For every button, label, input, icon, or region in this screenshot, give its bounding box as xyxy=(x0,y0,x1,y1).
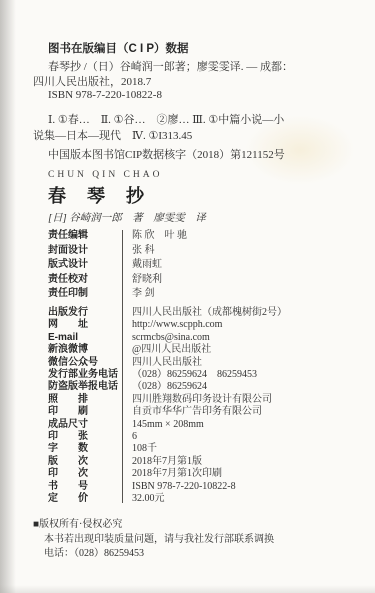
row-label: 版 次 xyxy=(48,456,122,468)
publication-row: 定 价 32.00元 xyxy=(48,493,358,505)
publication-row: 字 数 108千 xyxy=(48,443,358,455)
publication-row: 网 址 http://www.scpph.com xyxy=(48,319,358,331)
page-bottom-edge-shadow xyxy=(0,585,375,593)
credits-row: 责任编辑 陈 欣 叶 驰 xyxy=(48,229,358,244)
row-label: 防盗版举报电话 xyxy=(48,381,122,393)
row-label: 网 址 xyxy=(48,319,122,331)
row-label: 书 号 xyxy=(48,481,122,493)
publication-row: 书 号 ISBN 978-7-220-10822-8 xyxy=(48,481,358,493)
row-label: 责任印制 xyxy=(48,287,122,302)
row-value: 2018年7月第1版 xyxy=(122,456,202,468)
row-label: 成品尺寸 xyxy=(48,419,122,431)
row-value: 李 剑 xyxy=(122,287,155,302)
publication-row: 印 张 6 xyxy=(48,431,358,443)
row-label: 新浪微博 xyxy=(48,344,122,356)
row-label: E-mail xyxy=(48,332,122,344)
cip-line: 春琴抄 /（日）谷崎润一郎著；廖雯雯译. — 成都： xyxy=(48,58,293,74)
row-value: 6 xyxy=(122,431,137,443)
row-label: 印 刷 xyxy=(48,406,122,418)
publication-info-table: 责任编辑 陈 欣 叶 驰 封面设计 张 科 版式设计 戴雨虹 责任校对 舒晓利 … xyxy=(48,229,358,505)
row-value: scrmcbs@sina.com xyxy=(122,332,210,344)
page-left-edge-shadow xyxy=(0,0,16,593)
row-value: http://www.scpph.com xyxy=(122,319,222,331)
row-label: 版式设计 xyxy=(48,258,122,273)
publication-row: 照 排 四川胜翔数码印务设计有限公司 xyxy=(48,394,358,406)
cip-classification-line: Ⅰ. ①春… Ⅱ. ①谷… ②廖… Ⅲ. ①中篇小说—小 xyxy=(48,111,284,127)
publication-row: 微信公众号 四川人民出版社 xyxy=(48,357,358,369)
row-value: （028）86259624 86259453 xyxy=(122,369,257,381)
row-label: 字 数 xyxy=(48,443,122,455)
row-label: 封面设计 xyxy=(48,244,122,259)
row-label: 责任编辑 xyxy=(48,229,122,244)
publication-row: 发行部业务电话 （028）86259624 86259453 xyxy=(48,369,358,381)
row-label: 出版发行 xyxy=(48,307,122,319)
copyright-notice: ■版权所有·侵权必究 xyxy=(33,515,122,530)
cip-line: 四川人民出版社，2018.7 xyxy=(33,73,151,89)
title-pinyin: CHUN QIN CHAO xyxy=(48,170,162,180)
row-value: 陈 欣 叶 驰 xyxy=(122,229,187,244)
publication-row: 印 次 2018年7月第1次印刷 xyxy=(48,468,358,480)
publication-row: 成品尺寸 145mm × 208mm xyxy=(48,419,358,431)
row-value: 108千 xyxy=(122,443,157,455)
cip-classification-line: 说集—日本—现代 Ⅳ. ①I313.45 xyxy=(33,127,192,143)
row-value: 张 科 xyxy=(122,244,155,259)
row-value: 戴雨虹 xyxy=(122,258,162,273)
row-value: 四川人民出版社（成都槐树街2号） xyxy=(122,307,287,319)
credits-row: 版式设计 戴雨虹 xyxy=(48,258,358,273)
row-value: @四川人民出版社 xyxy=(122,344,211,356)
row-value: 四川人民出版社 xyxy=(122,357,202,369)
row-value: 舒晓利 xyxy=(122,273,162,288)
publication-row: 新浪微博 @四川人民出版社 xyxy=(48,344,358,356)
row-value: 自贡市华华广告印务有限公司 xyxy=(122,406,262,418)
credits-row: 责任校对 舒晓利 xyxy=(48,273,358,288)
cip-section-title: 图书在版编目（C I P）数据 xyxy=(48,40,189,56)
publication-group: 出版发行 四川人民出版社（成都槐树街2号） 网 址 http://www.scp… xyxy=(48,307,358,506)
publication-row: E-mail scrmcbs@sina.com xyxy=(48,332,358,344)
row-label: 责任校对 xyxy=(48,273,122,288)
credits-row: 封面设计 张 科 xyxy=(48,244,358,259)
quality-notice: 本书若出现印装质量问题，请与我社发行部联系调换 xyxy=(44,530,274,545)
publication-row: 版 次 2018年7月第1版 xyxy=(48,456,358,468)
credits-group: 责任编辑 陈 欣 叶 驰 封面设计 张 科 版式设计 戴雨虹 责任校对 舒晓利 … xyxy=(48,229,358,302)
row-value: 2018年7月第1次印刷 xyxy=(122,468,222,480)
book-title: 春琴抄 xyxy=(48,182,165,208)
contact-phone: 电话：（028）86259453 xyxy=(44,544,144,559)
cip-record-number-line: 中国版本图书馆CIP数据核字（2018）第121152号 xyxy=(48,146,285,162)
row-label: 定 价 xyxy=(48,493,122,505)
book-copyright-page: 图书在版编目（C I P）数据 春琴抄 /（日）谷崎润一郎著；廖雯雯译. — 成… xyxy=(0,0,375,593)
row-value: 145mm × 208mm xyxy=(122,419,204,431)
credits-row: 责任印制 李 剑 xyxy=(48,287,358,302)
table-divider-line xyxy=(122,230,123,503)
publication-row: 印 刷 自贡市华华广告印务有限公司 xyxy=(48,406,358,418)
row-value: （028）86259624 xyxy=(122,381,207,393)
publication-row: 出版发行 四川人民出版社（成都槐树街2号） xyxy=(48,307,358,319)
publication-row: 防盗版举报电话 （028）86259624 xyxy=(48,381,358,393)
row-label: 印 张 xyxy=(48,431,122,443)
row-label: 照 排 xyxy=(48,394,122,406)
cip-isbn-line: ISBN 978-7-220-10822-8 xyxy=(48,89,162,101)
row-value: ISBN 978-7-220-10822-8 xyxy=(122,481,236,493)
row-value: 四川胜翔数码印务设计有限公司 xyxy=(122,394,272,406)
author-byline: [日] 谷崎润一郎 著 廖雯雯 译 xyxy=(48,210,206,225)
row-label: 印 次 xyxy=(48,468,122,480)
row-label: 发行部业务电话 xyxy=(48,369,122,381)
row-value: 32.00元 xyxy=(122,493,165,505)
row-label: 微信公众号 xyxy=(48,357,122,369)
